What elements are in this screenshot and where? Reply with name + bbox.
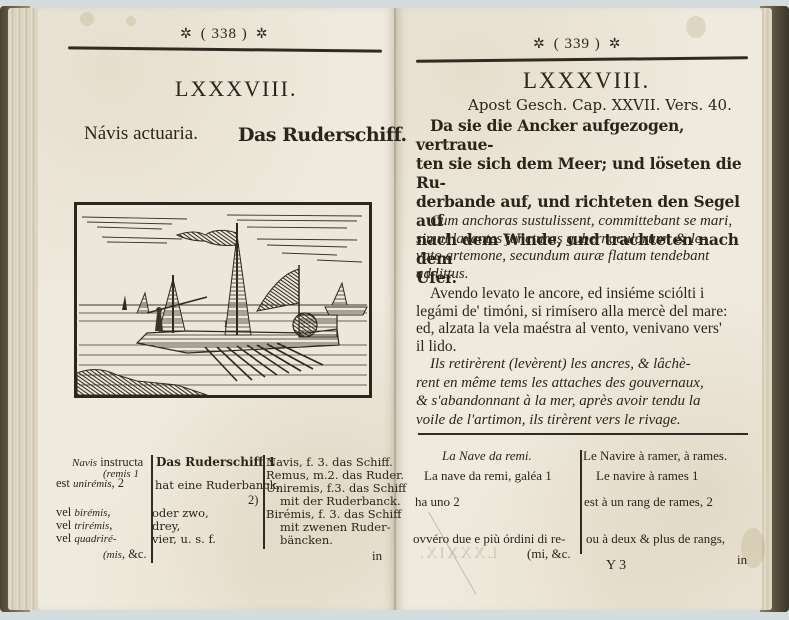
vocab-grammar-line: Uniremis, f.3. das Schiff [266,481,406,495]
right-chapter-title: LXXXVIII. [523,68,650,94]
italian-vocab-line: La nave da remi, galéa 1 [424,468,552,484]
french-vocab-line: Le navire à rames 1 [596,468,699,484]
french-vocab-header: Le Navire à ramer, à rames. [583,448,727,464]
woodcut-label-1: 1 [223,319,228,329]
french-paragraph: Ils retirèrent (levèrent) les ancres, & … [416,355,761,429]
vocab-grammar-line: bäncken. [280,533,333,547]
galley-ship-illustration: 1 [77,205,369,395]
italian-paragraph: Avendo levato le ancore, ed insiéme sció… [416,285,761,355]
vocab-german-line: vier, u. s. f. [152,532,216,546]
vocab-grammar-line: mit der Ruderbanck. [280,494,401,508]
bible-reference: Apost Gesch. Cap. XXVII. Vers. 40. [468,96,732,114]
vocab-grammar-line: Birémis, f. 3. das Schiff [266,507,401,521]
italian-vocab-line: (mi, &c. [527,546,571,562]
text-line: voile de l'artimon, ils tirèrent vers le… [416,411,761,430]
text-line: simul laxantes juncturas gubernaculorum:… [416,231,761,249]
vocab-german-line: Das Ruderschiff 1 [156,455,276,469]
french-vocab-line: est à un rang de rames, 2 [584,494,713,510]
paper-stain [686,16,706,38]
italian-vocab-header: La Nave da remi. [442,448,532,464]
title-latin: Návis actuaria. [84,123,198,145]
text-line: Da sie die Ancker aufgezogen, vertraue- [416,116,761,154]
section-rule [418,433,748,435]
title-german: Das Ruderschiff. [238,124,407,146]
text-line: vato artemone, secundum auræ flatum tend… [416,248,761,266]
french-vocab-line: ou à deux & plus de rangs, [586,531,725,547]
column-divider [263,455,265,549]
vocab-grammar-line: Navis, f. 3. das Schiff. [266,455,393,469]
text-line: & s'abandonnant à la mer, après avoir te… [416,392,761,411]
vocab-grammar-line: mit zwenen Ruder- [280,520,390,534]
left-catchword: in [372,548,382,564]
right-page-number: ( 339 ) [554,36,601,52]
right-catchword: in [737,552,747,568]
left-running-head: ✲( 338 )✲ [172,26,276,43]
text-line: ed, alzata la vela maéstra al vento, ven… [416,320,761,338]
text-line: il lido. [416,338,761,356]
vocab-german-line: 2) [248,493,258,508]
vocab-german-line: oder zwo, [152,506,209,520]
text-line: Avendo levato le ancore, ed insiéme sció… [416,285,761,303]
text-line: ten sie sich dem Meer; und löseten die R… [416,154,761,192]
text-line: ad littus. [416,266,761,284]
signature-mark: Y 3 [606,558,626,574]
text-line: Cum anchoras sustulissent, committebant … [416,213,761,231]
right-running-head: ✲( 339 )✲ [525,36,629,53]
paper-stain [80,12,94,26]
text-line: Ils retirèrent (levèrent) les ancres, & … [416,355,761,374]
left-page-number: ( 338 ) [201,26,248,42]
text-line: legámi de' timóni, si rimísero alla merc… [416,303,761,321]
asterisk-ornament-icon: ✲ [256,27,269,42]
vocab-latin-line: est unirémis, 2 [56,476,124,491]
woodcut-illustration: 1 [74,202,372,398]
text-line: rent en même tems les attaches des gouve… [416,374,761,393]
vocab-german-line: drey, [152,519,180,533]
bleed-through-text: LXXXIX. [418,545,497,563]
vocab-latin-line: (mis, &c. [103,547,147,562]
asterisk-ornament-icon: ✲ [609,37,622,52]
italian-vocab-line: ha uno 2 [415,494,460,510]
left-chapter-title: LXXXVIII. [175,76,297,102]
latin-paragraph: Cum anchoras sustulissent, committebant … [416,213,761,283]
vocab-latin-line: vel quadriré- [56,531,117,546]
vocab-grammar-line: Remus, m.2. das Ruder. [266,468,404,482]
asterisk-ornament-icon: ✲ [533,37,546,52]
column-divider [580,450,582,554]
vocab-german-line: hat eine Ruderbanck, [155,478,280,492]
asterisk-ornament-icon: ✲ [180,27,193,42]
paper-stain [126,16,136,26]
